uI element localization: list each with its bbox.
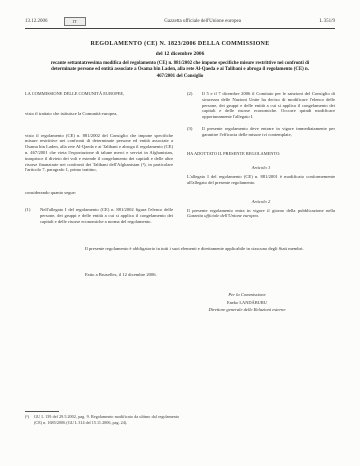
recital-1: (1) Nell'allegato I del regolamento (CE)… [25,207,173,224]
signature-name: Eneko LANDÁBURU [172,299,322,307]
article-1-heading: Articolo 1 [187,165,335,171]
journal-name: Gazzetta ufficiale dell'Unione europea [86,19,320,24]
footnote-marker: (¹) [25,414,34,425]
page-header: 13.12.2006 IT Gazzetta ufficiale dell'Un… [25,17,335,26]
recital-2-number: (2) [187,91,202,120]
signature-for: Per la Commissione [172,291,322,299]
left-column: LA COMMISSIONE DELLE COMUNITÀ EUROPEE, v… [25,91,173,224]
regulation-subtitle: recante settantatreesima modifica del re… [44,61,316,80]
place-and-date: Fatto a Bruxelles, il 12 dicembre 2006. [85,272,285,277]
recital-3: (3) Il presente regolamento deve entrare… [187,126,335,138]
header-rule [25,28,335,29]
recitals-intro: considerando quanto segue: [25,190,173,196]
regulation-title: REGOLAMENTO (CE) N. 1823/2006 DELLA COMM… [0,41,360,47]
recital-3-number: (3) [187,126,202,138]
treaty-citation: visto il trattato che istituisce la Comu… [25,111,173,117]
footnote-text: GU L 139 del 29.5.2002, pag. 9. Regolame… [34,414,179,425]
recital-2: (2) Il 5 e il 7 dicembre 2006 il Comitat… [187,91,335,120]
article-2-text: Il presente regolamento entra in vigore … [187,208,335,220]
language-code-box: IT [64,17,86,26]
regulation-dateline: del 12 dicembre 2006 [0,51,360,57]
binding-statement: Il presente regolamento è obbligatorio i… [85,246,337,252]
official-journal-page: 13.12.2006 IT Gazzetta ufficiale dell'Un… [0,0,360,466]
adoption-formula: HA ADOTTATO IL PRESENTE REGOLAMENTO: [187,151,335,157]
recital-2-text: Il 5 e il 7 dicembre 2006 il Comitato pe… [202,91,335,120]
header-date: 13.12.2006 [25,19,48,24]
right-column: (2) Il 5 e il 7 dicembre 2006 il Comitat… [187,91,335,219]
footnote: (¹) GU L 139 del 29.5.2002, pag. 9. Rego… [25,414,179,425]
recital-1-text: Nell'allegato I del regolamento (CE) n. … [40,207,173,224]
recital-1-number: (1) [25,207,40,224]
recital-3-text: Il presente regolamento deve entrare in … [202,126,335,138]
article-2-text-main: Il presente regolamento entra in vigore … [187,208,335,213]
regulation-citation: visto il regolamento (CE) n. 881/2002 de… [25,133,173,174]
commission-opening: LA COMMISSIONE DELLE COMUNITÀ EUROPEE, [25,91,173,97]
article-2-heading: Articolo 2 [187,199,335,205]
signature-block: Per la Commissione Eneko LANDÁBURU Diret… [172,291,322,314]
article-1-text: L'allegato I del regolamento (CE) n. 881… [187,174,335,186]
article-2-journal-name: Gazzetta ufficiale dell'Unione europea. [187,213,259,218]
footnote-rule [25,411,59,412]
page-reference: L 351/9 [319,19,335,24]
signature-title: Direttore generale delle Relazioni ester… [172,306,322,314]
